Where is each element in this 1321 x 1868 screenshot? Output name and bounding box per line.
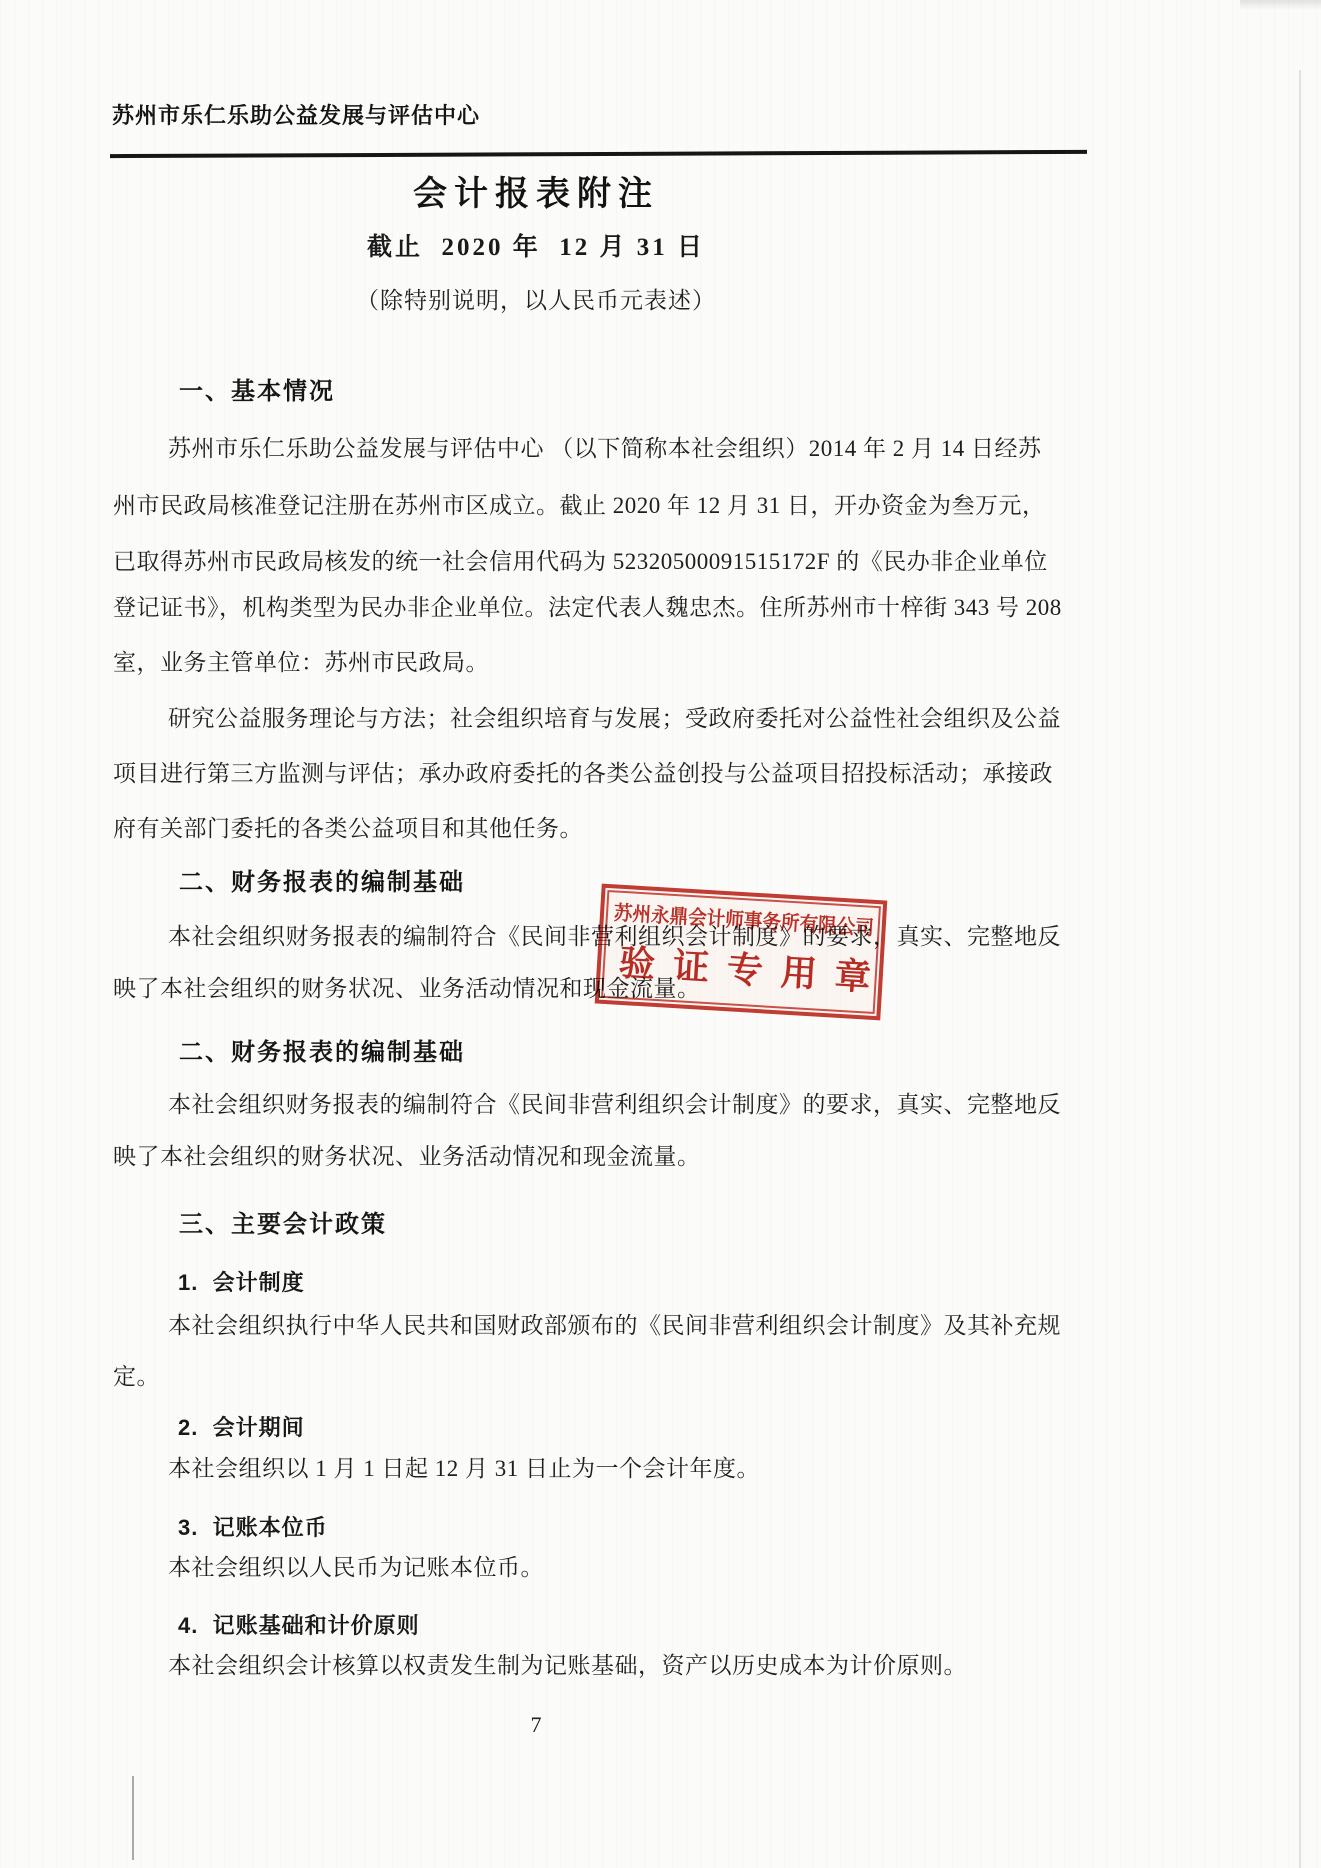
scanned-document-page: { "page": { "background": "#fbfbf9", "nu…	[0, 0, 1321, 1868]
policy-item-heading: 3. 记账本位币	[178, 1511, 328, 1542]
corner-shade-artifact	[1240, 0, 1321, 10]
page-edge-artifact	[1299, 70, 1301, 1868]
page-title: 会计报表附注	[113, 166, 959, 215]
paragraph-line: 已取得苏州市民政局核发的统一社会信用代码为 52320500091515172F…	[113, 543, 1048, 576]
paragraph-line: 登记证书》，机构类型为民办非企业单位。法定代表人魏忠杰。住所苏州市十梓街 343…	[113, 589, 1062, 622]
paragraph-line: 本社会组织财务报表的编制符合《民间非营利组织会计制度》的要求，真实、完整地反	[168, 1086, 1061, 1119]
currency-note: （除特别说明，以人民币元表述）	[113, 282, 959, 315]
section3-heading: 三、主要会计政策	[179, 1204, 387, 1239]
paragraph-line: 映了本社会组织的财务状况、业务活动情况和现金流量。	[113, 1138, 701, 1171]
section2a-heading: 二、财务报表的编制基础	[179, 862, 465, 897]
verification-stamp: 苏州永鼎会计师事务所有限公司 验证专用章	[595, 884, 888, 1021]
paragraph-line: 室，业务主管单位：苏州市民政局。	[113, 644, 489, 677]
page-number: 7	[113, 1712, 959, 1738]
paragraph-line: 府有关部门委托的各类公益项目和其他任务。	[113, 810, 583, 843]
scan-mark-artifact	[132, 1776, 134, 1860]
paragraph-line: 研究公益服务理论与方法；社会组织培育与发展；受政府委托对公益性社会组织及公益	[168, 700, 1061, 733]
section1-heading: 一、基本情况	[179, 371, 335, 406]
report-date-line: 截止 2020 年 12 月 31 日	[113, 227, 959, 263]
paragraph-line: 本社会组织执行中华人民共和国财政部颁布的《民间非营利组织会计制度》及其补充规	[168, 1307, 1061, 1340]
paragraph-line: 本社会组织会计核算以权责发生制为记账基础，资产以历史成本为计价原则。	[168, 1647, 967, 1680]
policy-item-heading: 1. 会计制度	[178, 1266, 305, 1297]
policy-item-heading: 2. 会计期间	[178, 1411, 305, 1442]
policy-item-heading: 4. 记账基础和计价原则	[178, 1609, 420, 1640]
paragraph-line: 项目进行第三方监测与评估；承办政府委托的各类公益创投与公益项目招投标活动；承接政	[113, 755, 1053, 788]
paragraph-line: 定。	[113, 1358, 160, 1391]
header-rule	[110, 150, 1087, 158]
header-org-name: 苏州市乐仁乐助公益发展与评估中心	[112, 99, 480, 130]
section2b-heading: 二、财务报表的编制基础	[179, 1032, 465, 1067]
paragraph-line: 苏州市乐仁乐助公益发展与评估中心 （以下简称本社会组织）2014 年 2 月 1…	[168, 430, 1042, 463]
paragraph-line: 州市民政局核准登记注册在苏州市区成立。截止 2020 年 12 月 31 日，开…	[113, 487, 1046, 520]
paragraph-line: 本社会组织以 1 月 1 日起 12 月 31 日止为一个会计年度。	[168, 1450, 760, 1483]
paragraph-line: 本社会组织以人民币为记账本位币。	[168, 1549, 544, 1582]
